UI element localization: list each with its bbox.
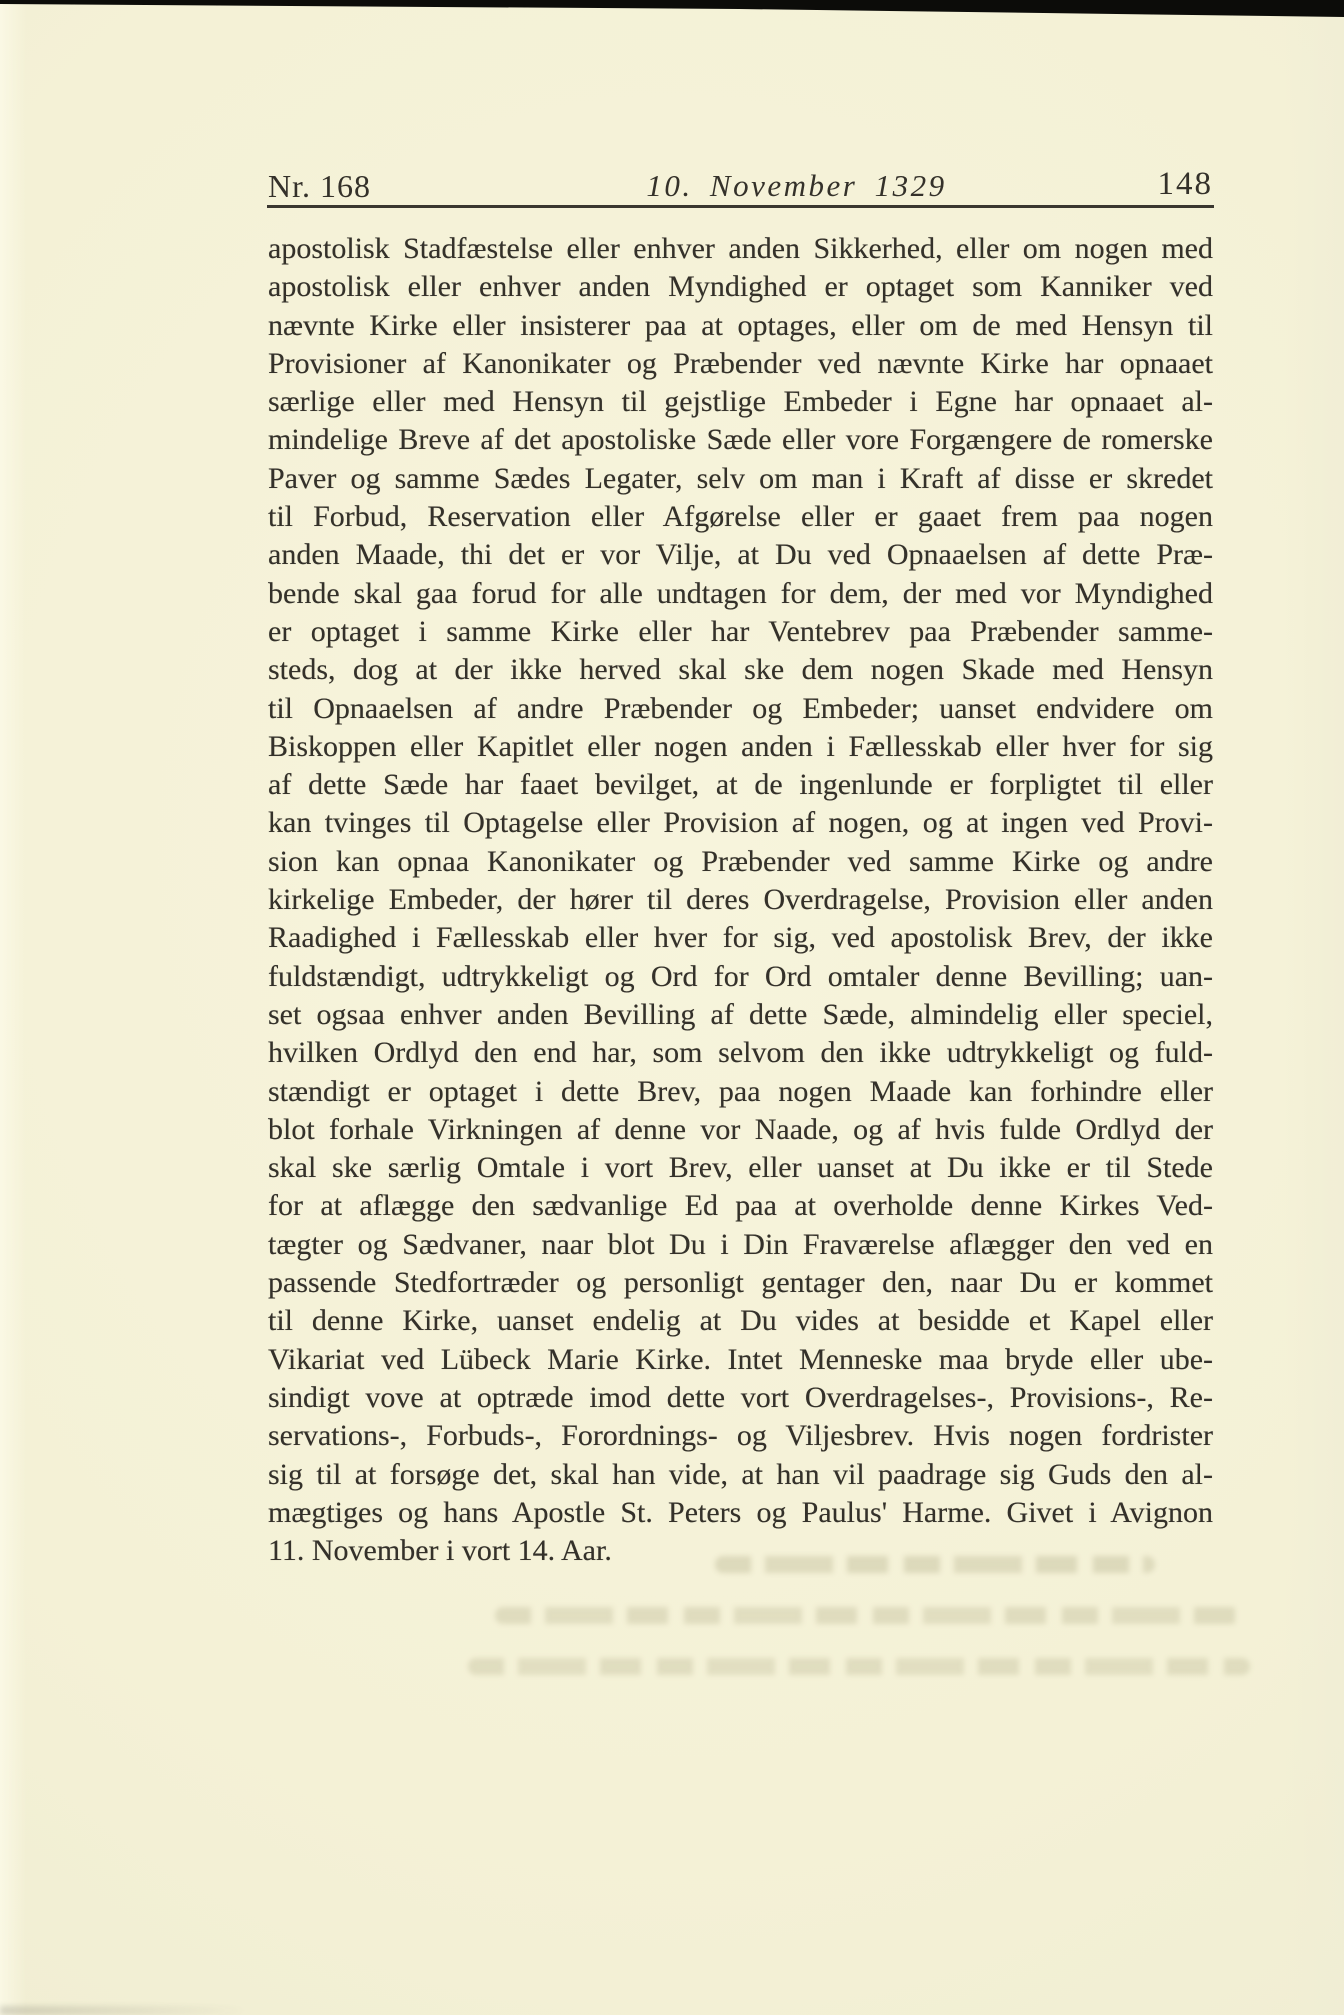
text-line: servations-, Forbuds-, Forordnings- og V… xyxy=(268,1417,1213,1455)
scanned-book-page: Nr. 168 10. November 1329 148 apostolisk… xyxy=(0,0,1344,2015)
text-line: af dette Sæde har faaet bevilget, at de … xyxy=(268,766,1213,804)
showthrough-artifact xyxy=(715,1556,1155,1573)
text-line: blot forhale Virkningen af denne vor Naa… xyxy=(268,1111,1213,1149)
text-line: til denne Kirke, uanset endelig at Du vi… xyxy=(268,1302,1213,1340)
text-line: Raadighed i Fællesskab eller hver for si… xyxy=(268,919,1213,957)
text-line: skal ske særlig Omtale i vort Brev, elle… xyxy=(268,1149,1213,1187)
header-rule xyxy=(267,205,1214,208)
text-line: bende skal gaa forud for alle undtagen f… xyxy=(268,575,1213,613)
page-date-heading: 10. November 1329 xyxy=(323,168,1270,204)
text-line: passende Stedfortræder og personligt gen… xyxy=(268,1264,1213,1302)
text-line: mægtiges og hans Apostle St. Peters og P… xyxy=(268,1494,1213,1532)
text-line: apostolisk Stadfæstelse eller enhver and… xyxy=(268,230,1213,268)
text-line: fuldstændigt, udtrykkeligt og Ord for Or… xyxy=(268,958,1213,996)
scan-edge-artifact xyxy=(0,0,1344,20)
text-line: er optaget i samme Kirke eller har Vente… xyxy=(268,613,1213,651)
showthrough-artifact xyxy=(468,1658,1250,1675)
text-line: sion kan opnaa Kanonikater og Præbender … xyxy=(268,843,1213,881)
text-line: anden Maade, thi det er vor Vilje, at Du… xyxy=(268,536,1213,574)
text-line: mindelige Breve af det apostoliske Sæde … xyxy=(268,421,1213,459)
text-line: Paver og samme Sædes Legater, selv om ma… xyxy=(268,460,1213,498)
text-line: sig til at forsøge det, skal han vide, a… xyxy=(268,1456,1213,1494)
text-line: steds, dog at der ikke herved skal ske d… xyxy=(268,651,1213,689)
page-number: 148 xyxy=(1158,166,1214,203)
text-line: tægter og Sædvaner, naar blot Du i Din F… xyxy=(268,1226,1213,1264)
scan-smudge-artifact xyxy=(0,2006,250,2015)
text-line: til Opnaaelsen af andre Præbender og Emb… xyxy=(268,690,1213,728)
document-body-text: apostolisk Stadfæstelse eller enhver and… xyxy=(268,230,1213,1570)
text-line: apostolisk eller enhver anden Myndighed … xyxy=(268,268,1213,306)
text-line: kan tvinges til Optagelse eller Provisio… xyxy=(268,804,1213,842)
text-line: stændigt er optaget i dette Brev, paa no… xyxy=(268,1073,1213,1111)
text-line: Provisioner af Kanonikater og Præbender … xyxy=(268,345,1213,383)
text-line: Biskoppen eller Kapitlet eller nogen and… xyxy=(268,728,1213,766)
text-line: Vikariat ved Lübeck Marie Kirke. Intet M… xyxy=(268,1341,1213,1379)
text-line: nævnte Kirke eller insisterer paa at opt… xyxy=(268,307,1213,345)
text-line: set ogsaa enhver anden Bevilling af dett… xyxy=(268,996,1213,1034)
text-line: særlige eller med Hensyn til gejstlige E… xyxy=(268,383,1213,421)
text-line: til Forbud, Reservation eller Afgørelse … xyxy=(268,498,1213,536)
text-line: for at aflægge den sædvanlige Ed paa at … xyxy=(268,1187,1213,1225)
showthrough-artifact xyxy=(495,1607,1240,1624)
text-line: sindigt vove at optræde imod dette vort … xyxy=(268,1379,1213,1417)
text-line: kirkelige Embeder, der hører til deres O… xyxy=(268,881,1213,919)
text-line: hvilken Ordlyd den end har, som selvom d… xyxy=(268,1034,1213,1072)
